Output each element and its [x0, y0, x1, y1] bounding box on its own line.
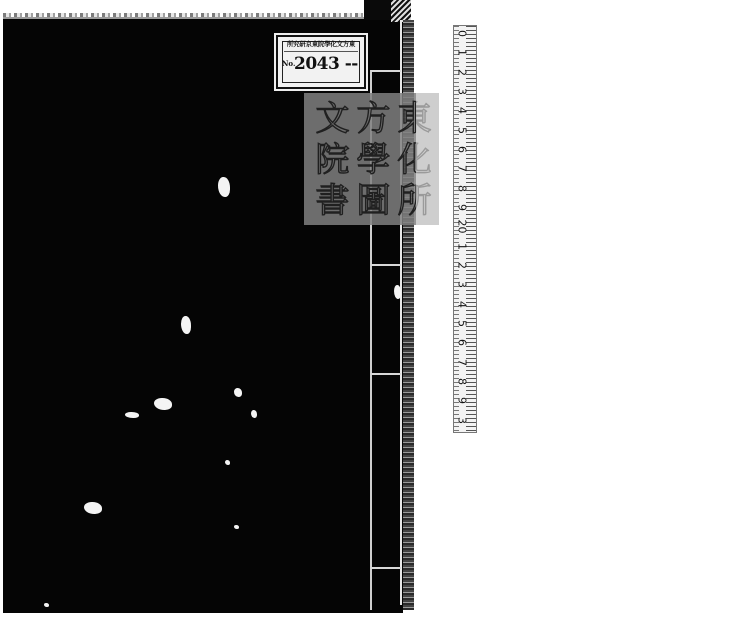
seal-character: 方: [353, 99, 394, 140]
binding-stitch: [371, 567, 401, 569]
ruler-label: 4: [457, 104, 468, 118]
label-title: 東方文化學院東京研究所: [280, 40, 362, 48]
label-divider: [284, 51, 358, 52]
ruler-label: 8: [457, 181, 468, 195]
ruler-label: 7: [457, 355, 468, 369]
wear-spot: [181, 316, 191, 334]
seal-character: 學: [353, 140, 394, 181]
ruler-label: 3: [457, 413, 468, 427]
wear-spot: [234, 525, 239, 529]
ruler-label: 6: [457, 336, 468, 350]
wear-spot: [251, 410, 257, 418]
catalog-number: 2043: [294, 54, 339, 74]
seal-character: 文: [312, 99, 353, 140]
wear-spot: [394, 285, 401, 299]
wear-spot: [154, 398, 172, 410]
ruler-label: 20: [457, 220, 468, 234]
seal-character: 院: [312, 140, 353, 181]
wear-spot: [234, 388, 242, 397]
ruler-label: 8: [457, 375, 468, 389]
catalog-suffix: --: [345, 54, 358, 74]
binding-stitch: [371, 373, 401, 375]
ruler-label: 7: [457, 162, 468, 176]
binding-stitch: [371, 264, 401, 266]
seal-character: 圖: [353, 180, 394, 221]
ruler-label: 9: [457, 394, 468, 408]
measuring-ruler: 0123456789201234567893: [453, 25, 477, 433]
ruler-label: 3: [457, 85, 468, 99]
ruler-label: 5: [457, 317, 468, 331]
ruler-label: 0: [457, 27, 468, 41]
spine-top-tab: [391, 0, 411, 22]
ruler-label: 4: [457, 297, 468, 311]
wear-spot: [218, 177, 230, 197]
wear-spot: [44, 603, 49, 607]
seal-character: 書: [312, 180, 353, 221]
wear-spot: [225, 460, 230, 465]
wear-spot: [84, 502, 102, 514]
binding-stitch: [371, 70, 401, 72]
ruler-label: 9: [457, 201, 468, 215]
wear-spot: [125, 412, 139, 418]
seal-faded-edge: [416, 93, 439, 225]
ruler-label: 5: [457, 123, 468, 137]
spine-top-block: [364, 0, 392, 20]
ruler-label: 1: [457, 46, 468, 60]
label-catalog-number: 2043 --: [294, 54, 358, 74]
ruler-label: 2: [457, 65, 468, 79]
ruler-label: 2: [457, 259, 468, 273]
ruler-label: 3: [457, 278, 468, 292]
library-label: 東方文化學院東京研究所 No. 2043 --: [276, 35, 366, 89]
ruler-label: 1: [457, 239, 468, 253]
ruler-label: 6: [457, 143, 468, 157]
